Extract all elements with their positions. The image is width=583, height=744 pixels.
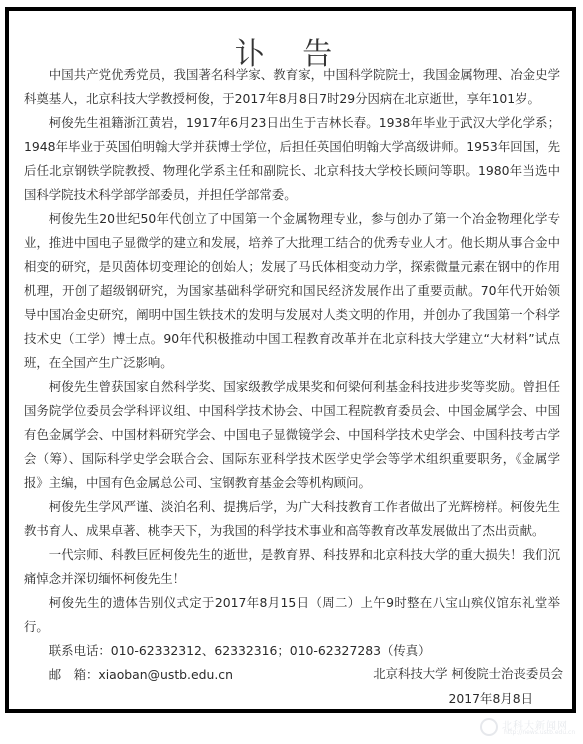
signature-organization: 北京科技大学 柯俊院士治丧委员会 xyxy=(373,661,563,686)
paragraph-legacy: 柯俊先生学风严谨、淡泊名利、提携后学，为广大科技教育工作者做出了光辉榜样。柯俊先… xyxy=(24,495,560,543)
university-seal-icon xyxy=(480,718,498,736)
paragraph-biography: 柯俊先生祖籍浙江黄岩，1917年6月23日出生于吉林长春。1938年毕业于武汉大… xyxy=(24,111,560,207)
watermark-url: http://news.ustb.edu.cn xyxy=(504,729,575,736)
paragraph-contributions: 柯俊先生20世纪50年代创立了中国第一个金属物理专业，参与创办了第一个冶金物理化… xyxy=(24,207,560,375)
paragraph-announcement: 中国共产党优秀党员，我国著名科学家、教育家，中国科学院院士，我国金属物理、冶金史… xyxy=(24,63,560,111)
obituary-body: 中国共产党优秀党员，我国著名科学家、教育家，中国科学院院士，我国金属物理、冶金史… xyxy=(24,63,560,687)
contact-phone: 联系电话：010-62332312、62332316；010-62327283（… xyxy=(24,639,560,663)
paragraph-honors: 柯俊先生曾获国家自然科学奖、国家级教学成果奖和何梁何利基金科技进步奖等奖励。曾担… xyxy=(24,375,560,495)
signature-date: 2017年8月8日 xyxy=(373,686,563,711)
obituary-frame: 讣 告 中国共产党优秀党员，我国著名科学家、教育家，中国科学院院士，我国金属物理… xyxy=(5,7,576,713)
paragraph-condolence: 一代宗师、科教巨匠柯俊先生的逝世，是教育界、科技界和北京科技大学的重大损失！我们… xyxy=(24,543,560,591)
signature-block: 北京科技大学 柯俊院士治丧委员会 2017年8月8日 xyxy=(373,661,563,711)
paragraph-funeral: 柯俊先生的遗体告别仪式定于2017年8月15日（周二）上午9时整在八宝山殡仪馆东… xyxy=(24,591,560,639)
site-watermark: 北科大新闻网 http://news.ustb.edu.cn xyxy=(480,717,580,741)
